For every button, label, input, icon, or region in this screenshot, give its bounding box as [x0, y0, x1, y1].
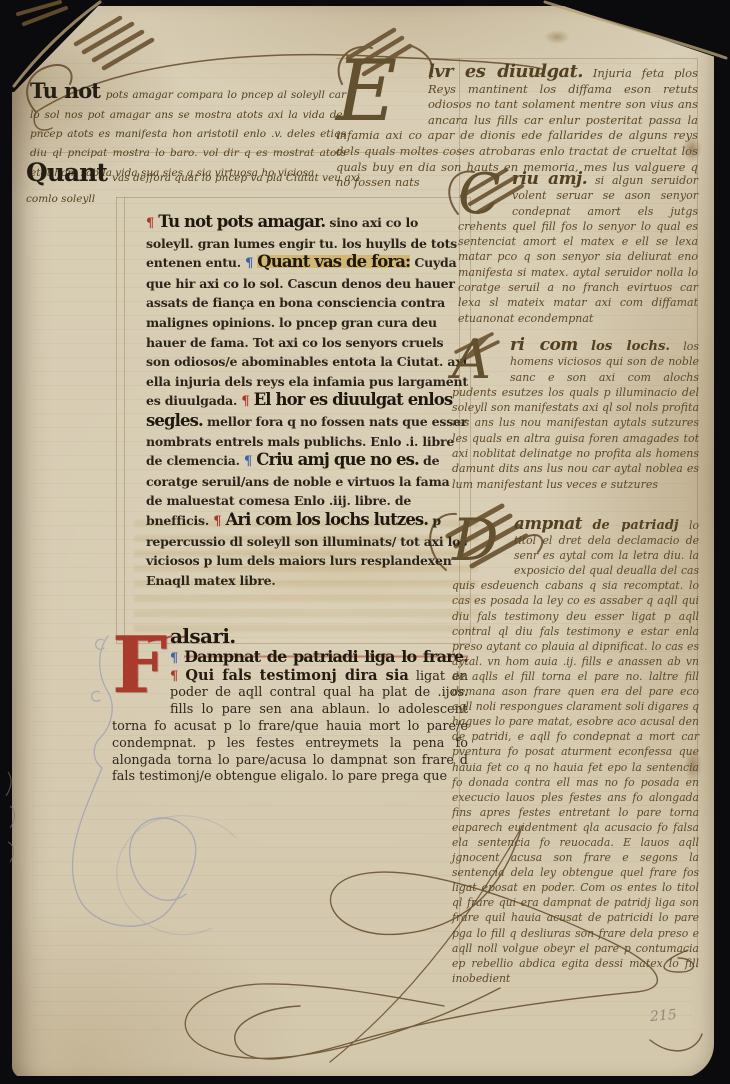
margin-note-1-lead: Tu not — [30, 78, 100, 103]
paragraph-lead: Quant vas de fora: — [257, 252, 410, 271]
cadel-initial-e: E — [336, 58, 428, 124]
black-border-left — [0, 0, 12, 1084]
capitulum-mark-blue: ¶ — [245, 256, 253, 271]
section-lead: lvr es diuulgat. — [428, 61, 583, 82]
falsari-word: alsari. — [170, 624, 236, 648]
capitulum-mark-blue: ¶ — [244, 454, 252, 469]
frame-line — [124, 197, 125, 643]
margin-note-2: Quant vas deffora quat lo pncep va pla C… — [26, 158, 360, 206]
margin-note-2-lead: Quant — [26, 158, 107, 187]
main-text-column: ¶ Tu not pots amagar. sino axi co lo sol… — [146, 212, 468, 589]
right-section-4: D ampnat de patriadj lo titol el dret de… — [452, 516, 699, 986]
section-lead: riu amj. — [512, 169, 587, 189]
black-border-bottom — [0, 1076, 730, 1084]
capitulum-mark-red: ¶ — [170, 669, 178, 684]
cadel-initial-a: A — [452, 338, 510, 382]
manuscript-photo: { "page": { "folio_number": "215", "desc… — [0, 0, 730, 1084]
falsari-section: F alsari. ¶ Dampnat de patriadi liga lo … — [112, 628, 468, 786]
section-lead-2: los lochs. — [591, 339, 670, 354]
decorated-initial-f: F — [112, 628, 170, 714]
law-lead: Qui fals testimonj dira sia — [185, 667, 408, 684]
section-lead-2: de patriadj — [592, 518, 678, 533]
capitulum-mark-blue: ¶ — [170, 651, 178, 666]
capitulum-mark-red: ¶ — [241, 394, 249, 409]
black-border-top — [0, 0, 730, 6]
right-section-2: C riu amj. si algun seruidor volent seru… — [458, 172, 698, 326]
declamation-heading: Dampnat de patriadi liga lo frare. — [184, 647, 468, 666]
cadel-initial-c: C — [458, 172, 512, 218]
capitulum-mark-red: ¶ — [146, 216, 154, 231]
right-section-3: A ri com los lochs. los homens viciosos … — [452, 338, 699, 492]
paragraph-lead: Ari com los lochs lutzes. — [225, 510, 428, 529]
section-lead: ampnat — [514, 513, 582, 533]
paragraph-text: Cuyda que hir axi co lo sol. Cascun deno… — [146, 255, 468, 408]
folio-number: 215 — [649, 1007, 677, 1025]
paragraph: ¶ Quant vas de fora: Cuyda que hir axi c… — [146, 255, 468, 408]
paragraph-lead: Tu not pots amagar. — [158, 212, 325, 231]
black-border-right — [716, 0, 730, 1084]
paragraph-lead: Criu amj que no es. — [256, 450, 419, 469]
section-text: lo titol el dret dela declamacio de senr… — [452, 519, 699, 985]
capitulum-mark-red: ¶ — [213, 514, 221, 529]
cadel-initial-d: D — [452, 516, 514, 564]
frame-line — [116, 197, 117, 643]
section-lead: ri com — [510, 335, 578, 355]
